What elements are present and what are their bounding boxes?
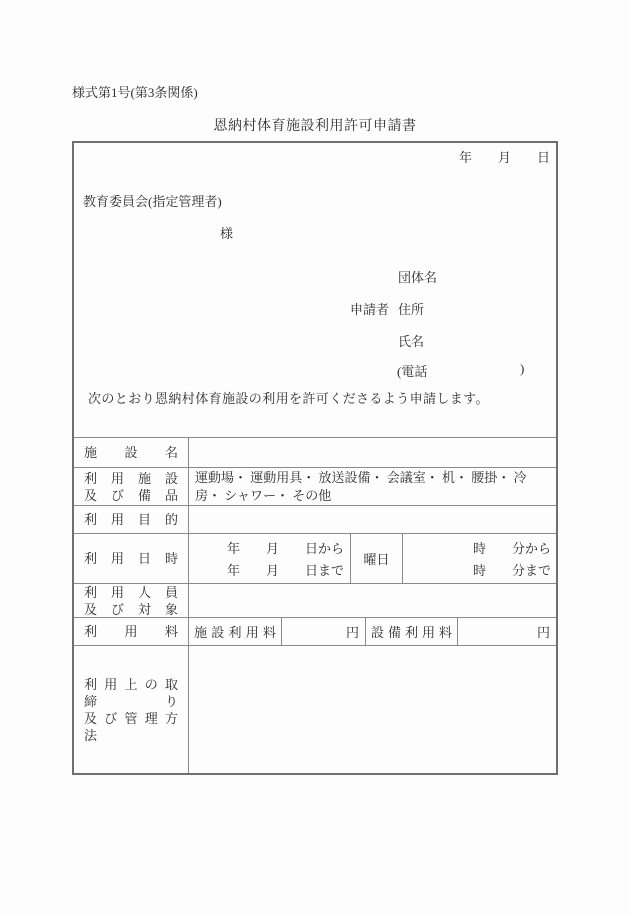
people-label-line1: 利 用 人 員	[84, 584, 178, 601]
address-label: 住所	[398, 299, 424, 318]
phone-label: (電話	[397, 361, 427, 380]
datetime-content: 年 月 日から 年 月 日まで 曜日 時 分から 時 分まで	[189, 534, 556, 583]
facility-fee-label-cell: 施 設 利 用 料	[189, 618, 282, 645]
rules-label-line1: 利 用 上 の 取 締 り	[84, 676, 178, 710]
honorific-label: 様	[220, 223, 233, 242]
row-fee: 利 用 料 施 設 利 用 料 円 設 備 利 用 料 円	[74, 617, 556, 645]
row-rules: 利 用 上 の 取 締 り 及 び 管 理 方 法	[74, 645, 556, 773]
facility-equipment-options: 運動場・ 運動用具・ 放送設備・ 会議室・ 机・ 腰掛・ 冷房・ シャワー・ そ…	[189, 468, 556, 505]
rules-label-line2: 及 び 管 理 方 法	[84, 710, 178, 744]
row-facility-name: 施 設 名	[74, 437, 556, 467]
facility-fee-label: 施 設 利 用 料	[194, 622, 276, 641]
time-from-line: 時 分から	[473, 538, 551, 557]
equipment-fee-unit: 円	[537, 622, 550, 641]
name-label: 氏名	[398, 331, 424, 350]
people-blank-cell	[189, 584, 556, 617]
row-datetime: 利 用 日 時 年 月 日から 年 月 日まで 曜日 時 分から 時 分まで	[74, 533, 556, 583]
application-table: 施 設 名 利 用 施 設 及 び 備 品 運動場・ 運動用具・ 放送設備・ 会…	[74, 437, 556, 773]
facility-name-label: 施 設 名	[84, 444, 178, 461]
people-label-cell: 利 用 人 員 及 び 対 象	[74, 584, 189, 617]
time-to-line: 時 分まで	[473, 560, 551, 579]
row-people: 利 用 人 員 及 び 対 象	[74, 583, 556, 617]
facility-equipment-label-line2: 及 び 備 品	[84, 487, 178, 504]
weekday-label: 曜日	[363, 549, 389, 568]
date-blank-line: 年 月 日	[459, 147, 550, 166]
equipment-fee-label: 設 備 利 用 料	[371, 622, 452, 641]
date-to-line: 年 月 日まで	[227, 560, 344, 579]
weekday-cell: 曜日	[351, 534, 403, 583]
phone-close-paren: )	[520, 361, 524, 377]
form-number: 様式第1号(第3条関係)	[72, 82, 198, 101]
facility-equipment-label-cell: 利 用 施 設 及 び 備 品	[74, 468, 189, 505]
page-title: 恩納村体育施設利用許可申請書	[0, 115, 630, 135]
addressee-label: 教育委員会(指定管理者)	[83, 191, 222, 210]
purpose-label: 利 用 目 的	[84, 511, 178, 528]
fee-label-cell: 利 用 料	[74, 618, 189, 645]
purpose-blank-cell	[189, 506, 556, 533]
equipment-fee-label-cell: 設 備 利 用 料	[366, 618, 458, 645]
purpose-label-cell: 利 用 目 的	[74, 506, 189, 533]
fee-content: 施 設 利 用 料 円 設 備 利 用 料 円	[189, 618, 556, 645]
date-range-cell: 年 月 日から 年 月 日まで	[189, 534, 351, 583]
time-range-cell: 時 分から 時 分まで	[403, 534, 556, 583]
facility-name-blank-cell	[189, 438, 556, 467]
applicant-label: 申請者	[350, 299, 389, 318]
date-from-line: 年 月 日から	[227, 538, 344, 557]
facility-name-label-cell: 施 設 名	[74, 438, 189, 467]
row-facility-equipment: 利 用 施 設 及 び 備 品 運動場・ 運動用具・ 放送設備・ 会議室・ 机・…	[74, 467, 556, 505]
people-label-line2: 及 び 対 象	[84, 601, 178, 618]
facility-fee-amount-cell: 円	[282, 618, 366, 645]
facility-fee-unit: 円	[346, 622, 359, 641]
equipment-fee-amount-cell: 円	[458, 618, 556, 645]
datetime-label: 利 用 日 時	[84, 550, 178, 567]
fee-label: 利 用 料	[84, 623, 178, 640]
datetime-label-cell: 利 用 日 時	[74, 534, 189, 583]
form-outer-box: 年 月 日 教育委員会(指定管理者) 様 団体名 申請者 住所 氏名 (電話 )…	[72, 141, 558, 775]
group-name-label: 団体名	[398, 267, 437, 286]
facility-equipment-label-line1: 利 用 施 設	[84, 470, 178, 487]
request-sentence: 次のとおり恩納村体育施設の利用を許可くださるよう申請します。	[88, 388, 489, 407]
row-purpose: 利 用 目 的	[74, 505, 556, 533]
application-form-page: 様式第1号(第3条関係) 恩納村体育施設利用許可申請書 年 月 日 教育委員会(…	[0, 0, 630, 915]
rules-label-cell: 利 用 上 の 取 締 り 及 び 管 理 方 法	[74, 646, 189, 773]
rules-blank-cell	[189, 646, 556, 773]
